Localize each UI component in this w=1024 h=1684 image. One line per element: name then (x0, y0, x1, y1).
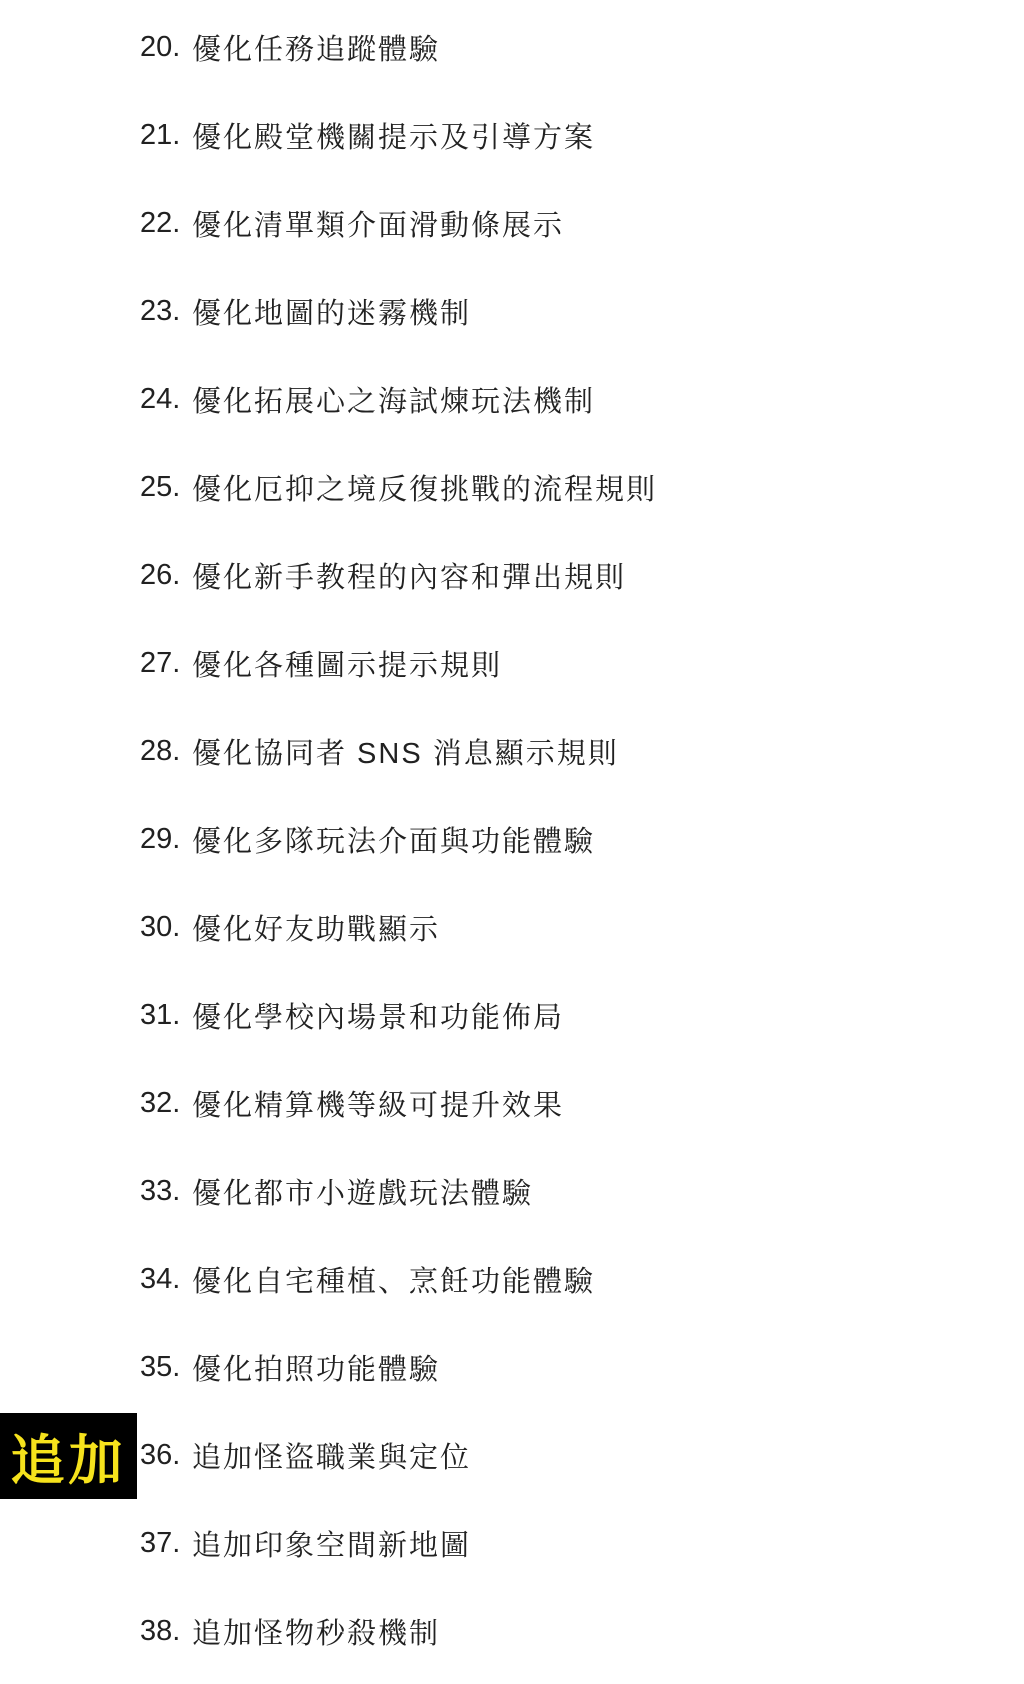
item-text: 優化協同者 SNS 消息顯示規則 (192, 731, 619, 772)
item-number: 35. (140, 1351, 192, 1384)
list-item: 22. 優化清單類介面滑動條展示 (140, 179, 657, 267)
item-text: 優化地圖的迷霧機制 (192, 291, 471, 332)
list-item: 21. 優化殿堂機關提示及引導方案 (140, 91, 657, 179)
item-text: 優化清單類介面滑動條展示 (192, 203, 564, 244)
list-item: 35. 優化拍照功能體驗 (140, 1323, 657, 1411)
item-text: 優化任務追蹤體驗 (192, 27, 440, 68)
change-list: 20. 優化任務追蹤體驗 21. 優化殿堂機關提示及引導方案 22. 優化清單類… (140, 3, 657, 1675)
item-text: 優化殿堂機關提示及引導方案 (192, 115, 595, 156)
item-number: 26. (140, 559, 192, 592)
list-item: 30. 優化好友助戰顯示 (140, 883, 657, 971)
item-number: 28. (140, 735, 192, 768)
list-item: 32. 優化精算機等級可提升效果 (140, 1059, 657, 1147)
list-item: 38. 追加怪物秒殺機制 (140, 1587, 657, 1675)
list-item: 25. 優化厄抑之境反復挑戰的流程規則 (140, 443, 657, 531)
list-item: 37. 追加印象空間新地圖 (140, 1499, 657, 1587)
list-item: 29. 優化多隊玩法介面與功能體驗 (140, 795, 657, 883)
item-number: 29. (140, 823, 192, 856)
item-number: 22. (140, 207, 192, 240)
item-number: 27. (140, 647, 192, 680)
item-text: 優化自宅種植、烹飪功能體驗 (192, 1259, 595, 1300)
item-number: 24. (140, 383, 192, 416)
item-number: 36. (140, 1439, 192, 1472)
item-text: 優化新手教程的內容和彈出規則 (192, 555, 626, 596)
item-number: 32. (140, 1087, 192, 1120)
item-text: 優化厄抑之境反復挑戰的流程規則 (192, 467, 657, 508)
item-text: 優化拍照功能體驗 (192, 1347, 440, 1388)
list-item: 28. 優化協同者 SNS 消息顯示規則 (140, 707, 657, 795)
item-number: 33. (140, 1175, 192, 1208)
item-number: 34. (140, 1263, 192, 1296)
item-number: 30. (140, 911, 192, 944)
list-item: 27. 優化各種圖示提示規則 (140, 619, 657, 707)
item-text: 優化各種圖示提示規則 (192, 643, 502, 684)
list-item: 36. 追加怪盜職業與定位 (140, 1411, 657, 1499)
addition-badge: 追加 (0, 1413, 137, 1499)
list-item: 26. 優化新手教程的內容和彈出規則 (140, 531, 657, 619)
item-text: 優化好友助戰顯示 (192, 907, 440, 948)
list-item: 33. 優化都市小遊戲玩法體驗 (140, 1147, 657, 1235)
item-text: 優化都市小遊戲玩法體驗 (192, 1171, 533, 1212)
item-number: 23. (140, 295, 192, 328)
item-number: 25. (140, 471, 192, 504)
list-item: 34. 優化自宅種植、烹飪功能體驗 (140, 1235, 657, 1323)
item-text: 優化學校內場景和功能佈局 (192, 995, 564, 1036)
item-text: 優化精算機等級可提升效果 (192, 1083, 564, 1124)
list-item: 20. 優化任務追蹤體驗 (140, 3, 657, 91)
item-number: 37. (140, 1527, 192, 1560)
list-item: 24. 優化拓展心之海試煉玩法機制 (140, 355, 657, 443)
item-number: 38. (140, 1615, 192, 1648)
item-text: 追加怪物秒殺機制 (192, 1611, 440, 1652)
item-text: 追加怪盜職業與定位 (192, 1435, 471, 1476)
item-number: 21. (140, 119, 192, 152)
item-number: 20. (140, 31, 192, 64)
item-text: 優化多隊玩法介面與功能體驗 (192, 819, 595, 860)
list-item: 23. 優化地圖的迷霧機制 (140, 267, 657, 355)
addition-badge-label: 追加 (11, 1418, 127, 1495)
item-text: 追加印象空間新地圖 (192, 1523, 471, 1564)
item-number: 31. (140, 999, 192, 1032)
item-text: 優化拓展心之海試煉玩法機制 (192, 379, 595, 420)
list-item: 31. 優化學校內場景和功能佈局 (140, 971, 657, 1059)
